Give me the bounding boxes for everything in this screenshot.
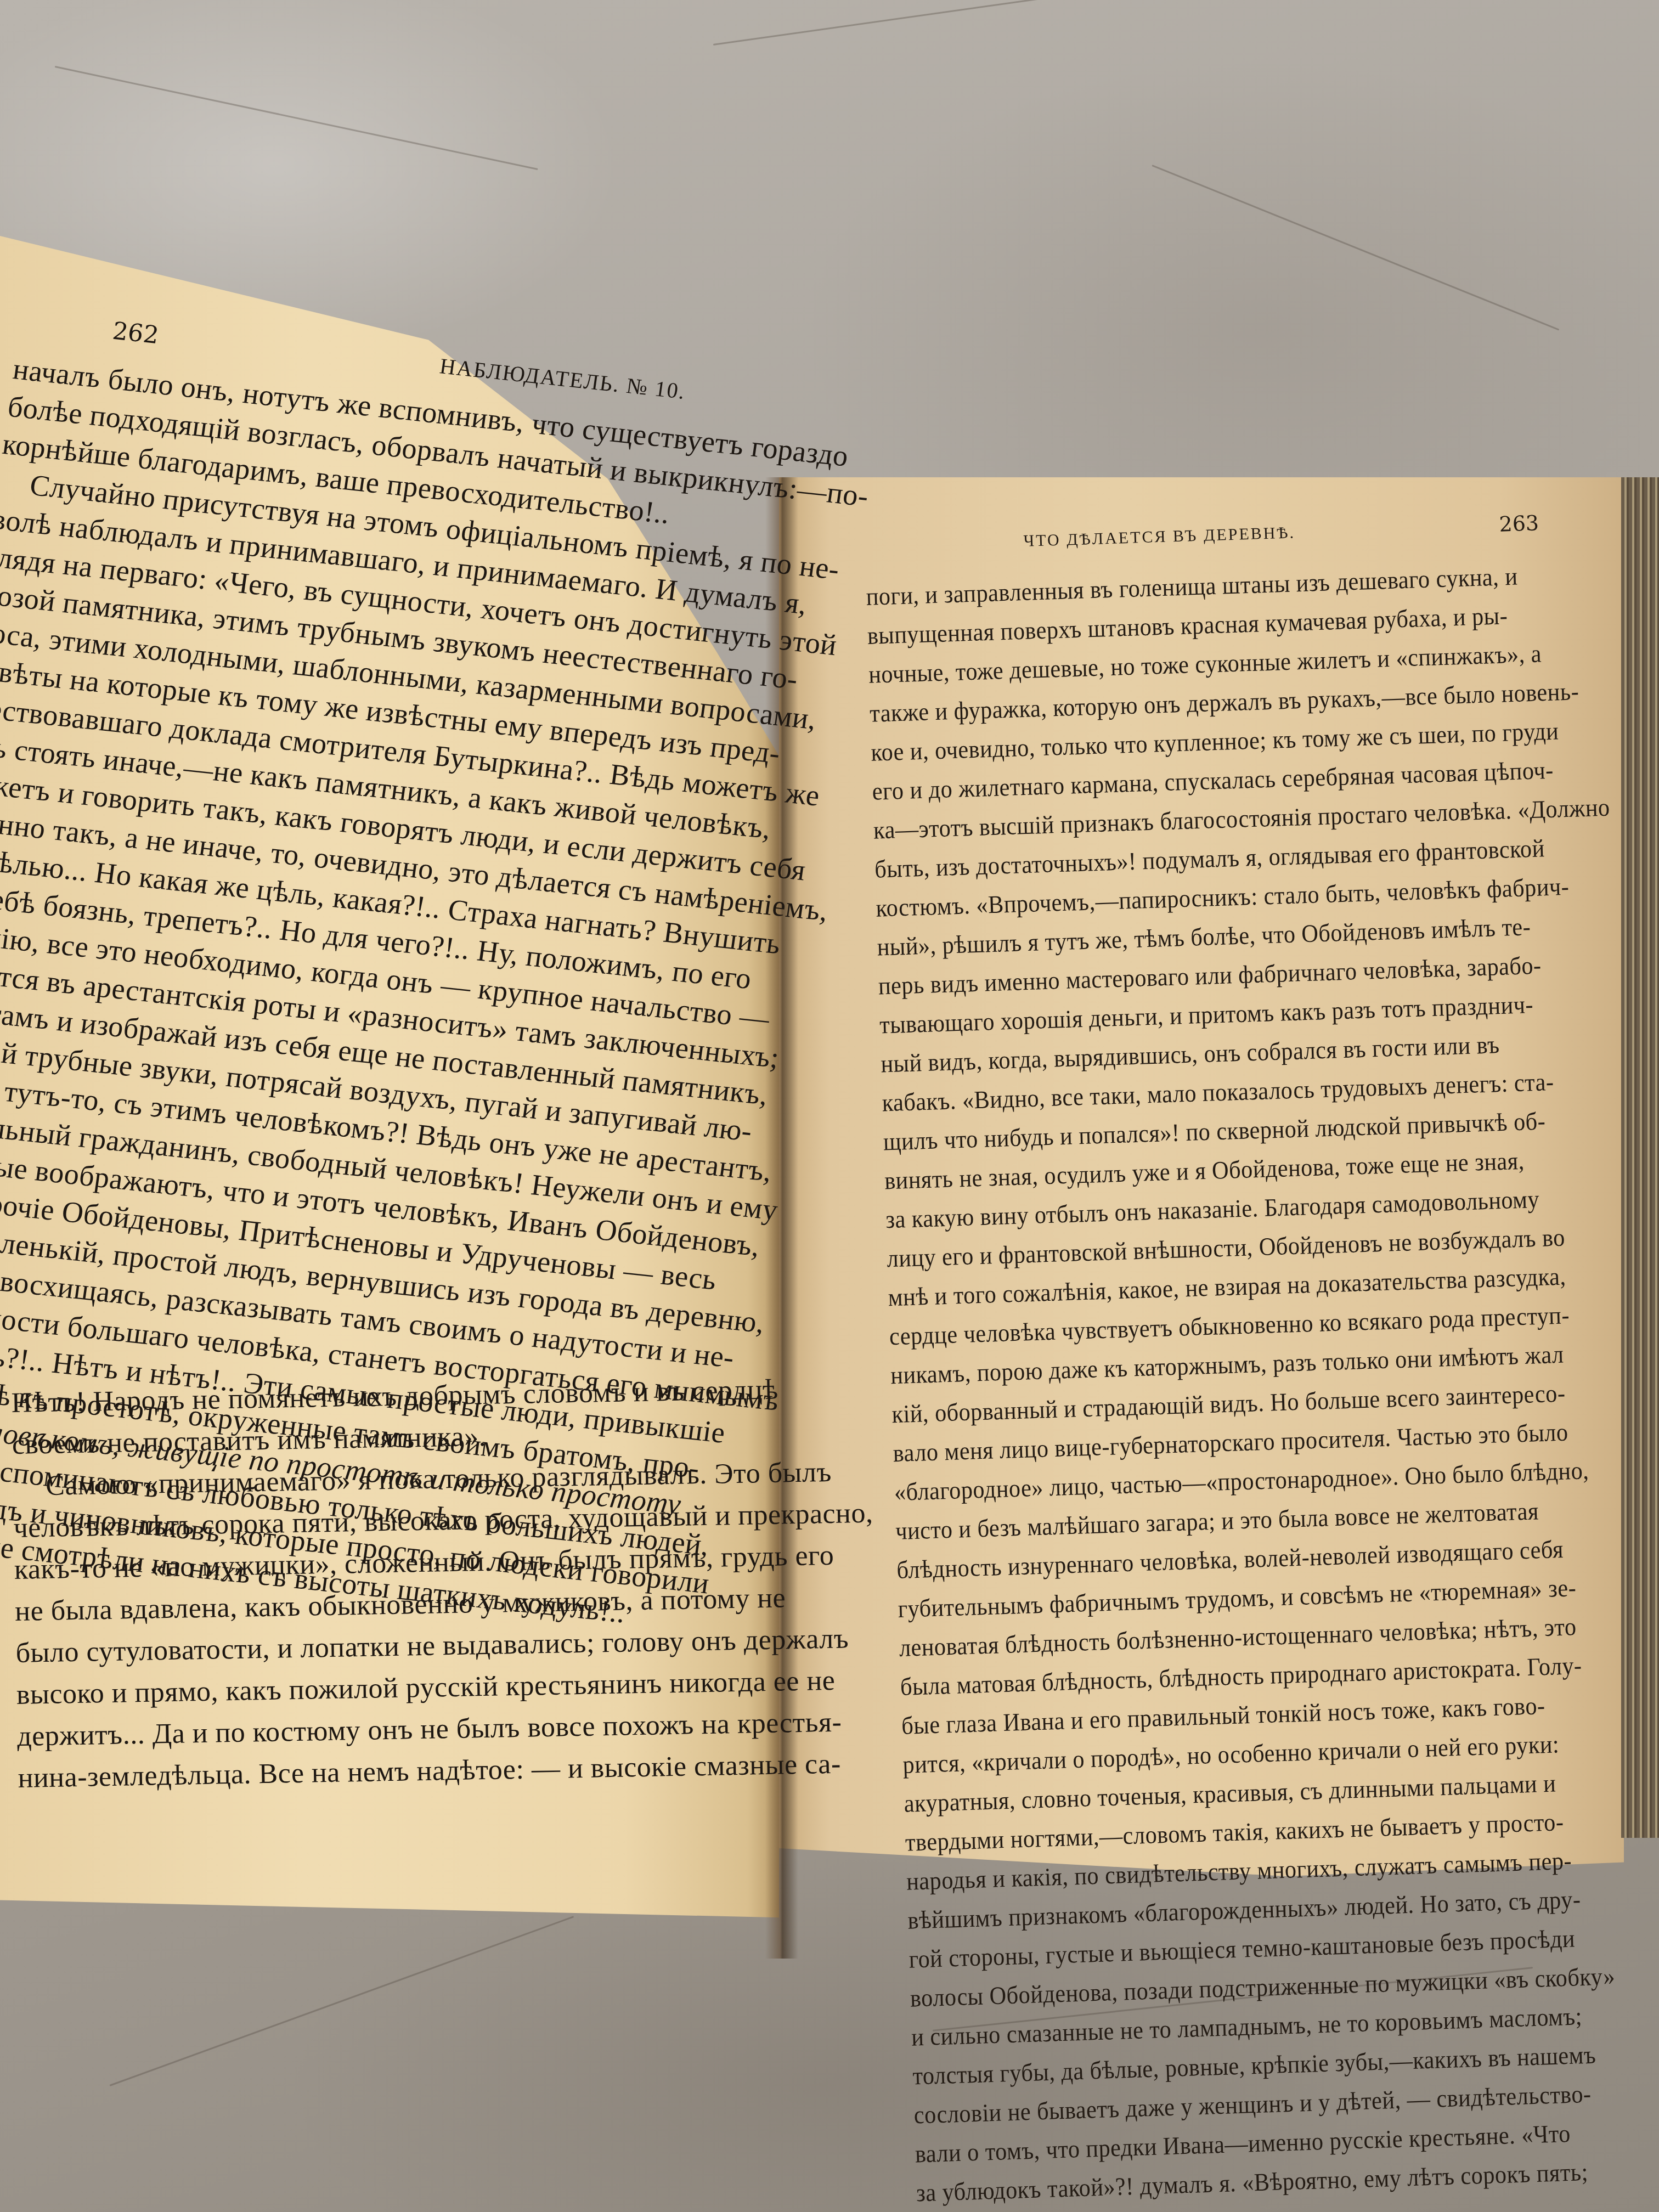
page-number: 262 xyxy=(111,317,161,349)
marble-vein xyxy=(55,66,538,170)
page-number: 263 xyxy=(1499,511,1539,536)
marble-vein xyxy=(1152,165,1559,330)
text-block: поги, и заправленныя въ голенища штаны и… xyxy=(866,554,1659,2212)
right-page-text: ЧТО ДѢЛАЕТСЯ ВЪ ДЕРЕВНѢ. 263 поги, и зап… xyxy=(864,509,1659,2212)
running-head: НАБЛЮДАТЕЛЬ. № 10. xyxy=(438,353,687,404)
marble-vein xyxy=(713,0,1094,46)
running-head: ЧТО ДѢЛАЕТСЯ ВЪ ДЕРЕВНѢ. xyxy=(1023,523,1295,551)
left-page-text-lower: Нѣтъ! Народъ не помянетъ ихъ добрымъ сло… xyxy=(11,1369,775,1799)
marble-vein xyxy=(109,1916,574,2086)
